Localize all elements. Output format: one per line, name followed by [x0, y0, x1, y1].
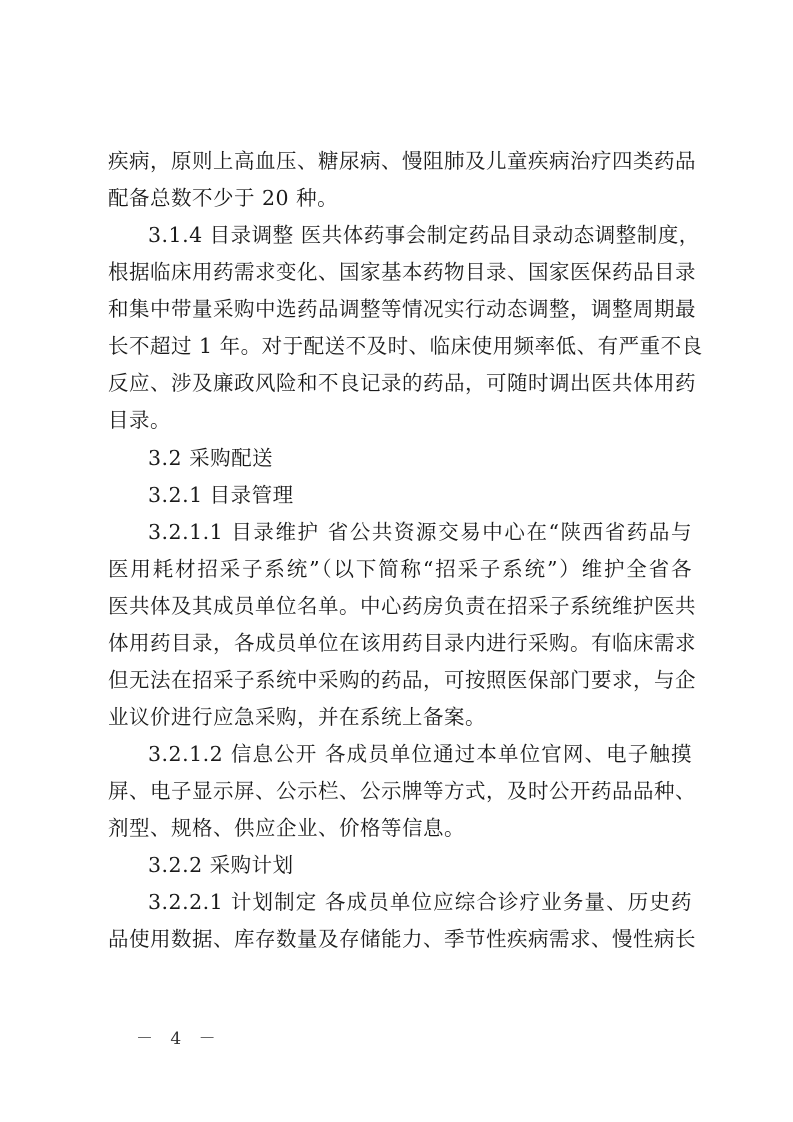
text-line: 业议价进行应急采购，并在系统上备案。: [108, 704, 692, 730]
text-line: 长不超过 1 年。对于配送不及时、临床使用频率低、有严重不良: [108, 333, 692, 359]
text-line: 医用耗材招采子系统”（以下简称“招采子系统”）维护全省各: [108, 556, 692, 582]
text-line: 体用药目录，各成员单位在该用药目录内进行采购。有临床需求: [108, 630, 692, 656]
text-line: 3.2.2.1 计划制定 各成员单位应综合诊疗业务量、历史药: [148, 889, 692, 915]
text-line: 3.2.2 采购计划: [148, 852, 692, 878]
text-line: 和集中带量采购中选药品调整等情况实行动态调整，调整周期最: [108, 296, 692, 322]
text-line: 屏、电子显示屏、公示栏、公示牌等方式，及时公开药品品种、: [108, 778, 692, 804]
text-line: 3.1.4 目录调整 医共体药事会制定药品目录动态调整制度，: [148, 222, 692, 248]
text-line: 剂型、规格、供应企业、价格等信息。: [108, 815, 692, 841]
text-line: 反应、涉及廉政风险和不良记录的药品，可随时调出医共体用药: [108, 370, 692, 396]
text-line: 但无法在招采子系统中采购的药品，可按照医保部门要求，与企: [108, 667, 692, 693]
page-number: － 4 －: [136, 1024, 222, 1049]
text-line: 医共体及其成员单位名单。中心药房负责在招采子系统维护医共: [108, 593, 692, 619]
text-line: 3.2.1.2 信息公开 各成员单位通过本单位官网、电子触摸: [148, 741, 692, 767]
document-page: 疾病，原则上高血压、糖尿病、慢阻肺及儿童疾病治疗四类药品配备总数不少于 20 种…: [0, 0, 793, 1122]
text-line: 3.2.1 目录管理: [148, 482, 692, 508]
text-line: 根据临床用药需求变化、国家基本药物目录、国家医保药品目录: [108, 259, 692, 285]
text-line: 品使用数据、库存数量及存储能力、季节性疾病需求、慢性病长: [108, 926, 692, 952]
text-line: 3.2.1.1 目录维护 省公共资源交易中心在“陕西省药品与: [148, 519, 692, 545]
text-line: 目录。: [108, 407, 692, 433]
text-line: 疾病，原则上高血压、糖尿病、慢阻肺及儿童疾病治疗四类药品: [108, 148, 692, 174]
text-line: 配备总数不少于 20 种。: [108, 185, 692, 211]
text-line: 3.2 采购配送: [148, 445, 692, 471]
